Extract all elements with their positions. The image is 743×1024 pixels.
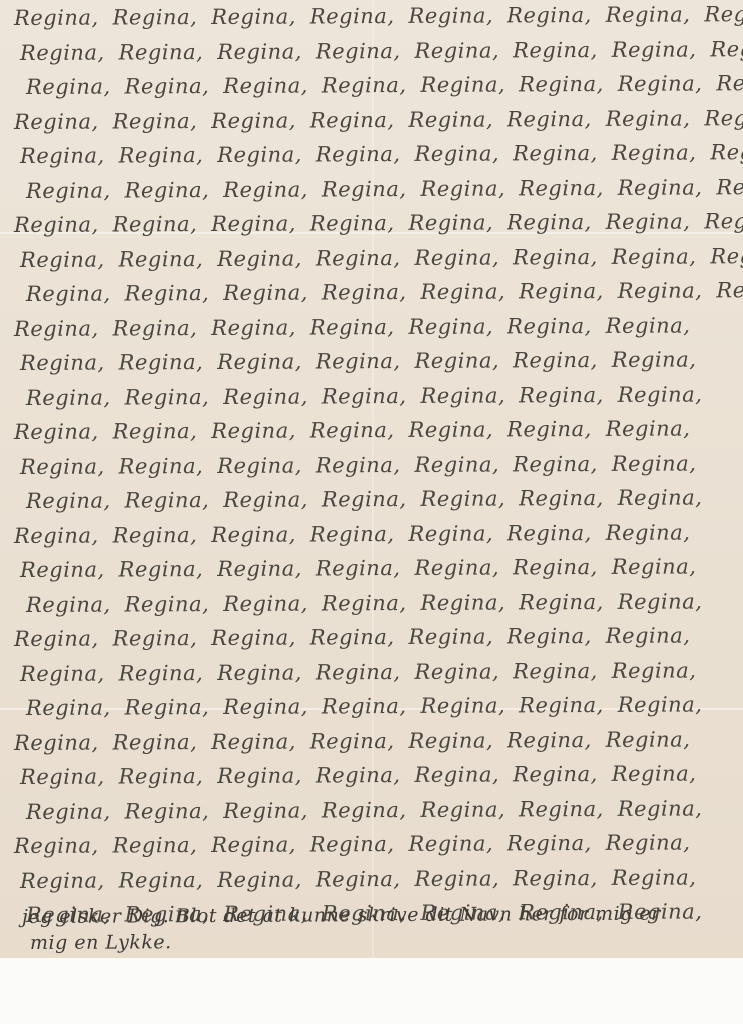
word: Regina, xyxy=(211,212,296,236)
word: Regina, xyxy=(217,350,302,374)
word: Regina, xyxy=(513,141,598,165)
word: Regina, xyxy=(119,247,204,271)
word: Regina, xyxy=(211,108,296,132)
word: Regina, xyxy=(322,694,407,718)
word: Regina, xyxy=(310,108,395,132)
word: Regina, xyxy=(414,38,499,62)
word: Regina, xyxy=(310,522,395,546)
word: Regina, xyxy=(710,36,743,60)
word: Regina, xyxy=(26,489,111,513)
word: Regina, xyxy=(420,590,505,614)
word: Regina, xyxy=(14,420,99,444)
word: Regina, xyxy=(316,246,401,270)
word: Regina, xyxy=(322,591,407,615)
word: Regina, xyxy=(414,555,499,579)
word: Regina, xyxy=(223,384,308,408)
word: Regina, xyxy=(710,243,743,267)
word: Regina, xyxy=(420,797,505,821)
word: Regina, xyxy=(113,419,198,443)
word: Regina, xyxy=(420,486,505,510)
word: Regina, xyxy=(211,419,296,443)
word: Regina, xyxy=(507,624,592,648)
word: Regina, xyxy=(113,833,198,857)
word: Regina, xyxy=(211,626,296,650)
word: Regina, xyxy=(119,454,204,478)
word: Regina, xyxy=(513,865,598,889)
word: Regina, xyxy=(408,728,493,752)
text-line: Regina,Regina,Regina,Regina,Regina,Regin… xyxy=(20,865,743,893)
word: Regina, xyxy=(26,75,111,99)
word: Regina, xyxy=(618,692,703,716)
word: Regina, xyxy=(507,106,592,130)
word: Regina, xyxy=(20,765,105,789)
text-line: Regina,Regina,Regina,Regina,Regina,Regin… xyxy=(20,37,743,65)
word: Regina, xyxy=(704,2,743,26)
word: Regina, xyxy=(316,556,401,580)
word: Regina, xyxy=(119,143,204,167)
text-line: Regina,Regina,Regina,Regina,Regina,Regin… xyxy=(20,658,743,686)
word: Regina, xyxy=(26,385,111,409)
word: Regina, xyxy=(716,174,743,198)
word: Regina, xyxy=(20,661,105,685)
word: Regina, xyxy=(14,316,99,340)
word: Regina, xyxy=(519,486,604,510)
word: Regina, xyxy=(519,693,604,717)
word: Regina, xyxy=(119,557,204,581)
word: Regina, xyxy=(612,244,697,268)
word: Regina, xyxy=(310,211,395,235)
word: Regina, xyxy=(119,40,204,64)
word: Regina, xyxy=(612,37,697,61)
word: Regina, xyxy=(408,314,493,338)
word: Regina, xyxy=(716,71,743,95)
word: Regina, xyxy=(125,592,210,616)
word: Regina, xyxy=(223,177,308,201)
word: Regina, xyxy=(223,591,308,615)
word: Regina, xyxy=(316,660,401,684)
word: Regina, xyxy=(125,385,210,409)
word: Regina, xyxy=(310,729,395,753)
text-line: Regina,Regina,Regina,Regina,Regina,Regin… xyxy=(26,485,743,513)
word: Regina, xyxy=(20,40,105,64)
text-line: Regina,Regina,Regina,Regina,Regina,Regin… xyxy=(14,623,743,651)
word: Regina, xyxy=(612,347,697,371)
word: Regina, xyxy=(507,727,592,751)
text-line: Regina,Regina,Regina,Regina,Regina,Regin… xyxy=(26,382,743,410)
word: Regina, xyxy=(316,142,401,166)
closing-line-2: mig en Lykke. xyxy=(30,928,743,954)
word: Regina, xyxy=(513,348,598,372)
word: Regina, xyxy=(14,109,99,133)
word: Regina, xyxy=(507,210,592,234)
word: Regina, xyxy=(119,350,204,374)
word: Regina, xyxy=(513,37,598,61)
word: Regina, xyxy=(414,348,499,372)
word: Regina, xyxy=(113,316,198,340)
word: Regina, xyxy=(704,209,743,233)
word: Regina, xyxy=(519,589,604,613)
word: Regina, xyxy=(14,730,99,754)
word: Regina, xyxy=(408,624,493,648)
word: Regina, xyxy=(310,4,395,28)
word: Regina, xyxy=(420,279,505,303)
word: Regina, xyxy=(211,5,296,29)
text-line: Regina,Regina,Regina,Regina,Regina,Regin… xyxy=(20,140,743,168)
word: Regina, xyxy=(618,278,703,302)
word: Regina, xyxy=(507,417,592,441)
word: Regina, xyxy=(125,488,210,512)
word: Regina, xyxy=(217,764,302,788)
word: Regina, xyxy=(606,623,691,647)
word: Regina, xyxy=(26,282,111,306)
word: Regina, xyxy=(507,831,592,855)
word: Regina, xyxy=(414,141,499,165)
word: Regina, xyxy=(612,554,697,578)
word: Regina, xyxy=(519,72,604,96)
word: Regina, xyxy=(310,832,395,856)
word: Regina, xyxy=(420,72,505,96)
word: Regina, xyxy=(710,140,743,164)
word: Regina, xyxy=(414,452,499,476)
text-line: Regina,Regina,Regina,Regina,Regina,Regin… xyxy=(26,175,743,203)
word: Regina, xyxy=(316,763,401,787)
word: Regina, xyxy=(519,796,604,820)
word: Regina, xyxy=(20,454,105,478)
word: Regina, xyxy=(211,522,296,546)
letter-page: Regina,Regina,Regina,Regina,Regina,Regin… xyxy=(0,0,743,958)
text-line: Regina,Regina,Regina,Regina,Regina,Regin… xyxy=(20,554,743,582)
word: Regina, xyxy=(618,382,703,406)
word: Regina, xyxy=(125,799,210,823)
word: Regina, xyxy=(310,418,395,442)
word: Regina, xyxy=(26,178,111,202)
word: Regina, xyxy=(414,245,499,269)
word: Regina, xyxy=(322,73,407,97)
word: Regina, xyxy=(113,109,198,133)
word: Regina, xyxy=(223,695,308,719)
word: Regina, xyxy=(125,281,210,305)
word: Regina, xyxy=(618,589,703,613)
word: Regina, xyxy=(113,730,198,754)
word: Regina, xyxy=(519,382,604,406)
word: Regina, xyxy=(223,488,308,512)
word: Regina, xyxy=(20,247,105,271)
word: Regina, xyxy=(26,696,111,720)
word: Regina, xyxy=(119,868,204,892)
word: Regina, xyxy=(606,520,691,544)
word: Regina, xyxy=(211,729,296,753)
text-line: Regina,Regina,Regina,Regina,Regina,Regin… xyxy=(20,451,743,479)
word: Regina, xyxy=(618,175,703,199)
word: Regina, xyxy=(113,5,198,29)
text-line: Regina,Regina,Regina,Regina,Regina,Regin… xyxy=(14,830,743,858)
word: Regina, xyxy=(211,833,296,857)
word: Regina, xyxy=(14,627,99,651)
word: Regina, xyxy=(217,660,302,684)
word: Regina, xyxy=(316,867,401,891)
word: Regina, xyxy=(704,105,743,129)
word: Regina, xyxy=(408,210,493,234)
word: Regina, xyxy=(316,39,401,63)
word: Regina, xyxy=(20,868,105,892)
word: Regina, xyxy=(408,521,493,545)
word: Regina, xyxy=(310,625,395,649)
word: Regina, xyxy=(507,520,592,544)
text-line: Regina,Regina,Regina,Regina,Regina,Regin… xyxy=(20,761,743,789)
word: Regina, xyxy=(513,244,598,268)
word: Regina, xyxy=(125,695,210,719)
word: Regina, xyxy=(612,140,697,164)
word: Regina, xyxy=(513,658,598,682)
word: Regina, xyxy=(414,866,499,890)
word: Regina, xyxy=(20,144,105,168)
word: Regina, xyxy=(606,2,691,26)
word: Regina, xyxy=(316,349,401,373)
word: Regina, xyxy=(322,177,407,201)
word: Regina, xyxy=(606,209,691,233)
word: Regina, xyxy=(113,523,198,547)
word: Regina, xyxy=(716,278,743,302)
word: Regina, xyxy=(513,762,598,786)
text-line: Regina,Regina,Regina,Regina,Regina,Regin… xyxy=(14,2,743,30)
word: Regina, xyxy=(223,74,308,98)
text-line: Regina,Regina,Regina,Regina,Regina,Regin… xyxy=(20,244,743,272)
word: Regina, xyxy=(119,661,204,685)
word: Regina, xyxy=(310,315,395,339)
word: Regina, xyxy=(20,558,105,582)
word: Regina, xyxy=(513,555,598,579)
word: Regina, xyxy=(606,727,691,751)
word: Regina, xyxy=(612,451,697,475)
word: Regina, xyxy=(612,865,697,889)
word: Regina, xyxy=(223,798,308,822)
word: Regina, xyxy=(414,762,499,786)
word: Regina, xyxy=(14,834,99,858)
word: Regina, xyxy=(217,557,302,581)
word: Regina, xyxy=(125,74,210,98)
word: Regina, xyxy=(322,384,407,408)
word: Regina, xyxy=(606,416,691,440)
word: Regina, xyxy=(513,451,598,475)
word: Regina, xyxy=(113,212,198,236)
word: Regina, xyxy=(14,6,99,30)
word: Regina, xyxy=(119,764,204,788)
word: Regina, xyxy=(14,213,99,237)
word: Regina, xyxy=(420,383,505,407)
word: Regina, xyxy=(26,799,111,823)
word: Regina, xyxy=(316,453,401,477)
text-line: Regina,Regina,Regina,Regina,Regina,Regin… xyxy=(26,692,743,720)
text-line: Regina,Regina,Regina,Regina,Regina,Regin… xyxy=(14,106,743,134)
word: Regina, xyxy=(26,592,111,616)
word: Regina, xyxy=(606,106,691,130)
word: Regina, xyxy=(408,3,493,27)
word: Regina, xyxy=(420,176,505,200)
word: Regina, xyxy=(20,351,105,375)
word: Regina, xyxy=(217,246,302,270)
word: Regina, xyxy=(618,485,703,509)
word: Regina, xyxy=(217,143,302,167)
word: Regina, xyxy=(408,107,493,131)
text-line: Regina,Regina,Regina,Regina,Regina,Regin… xyxy=(14,416,743,444)
word: Regina, xyxy=(408,417,493,441)
word: Regina, xyxy=(519,279,604,303)
word: Regina, xyxy=(322,798,407,822)
text-line: Regina,Regina,Regina,Regina,Regina,Regin… xyxy=(26,71,743,99)
word: Regina, xyxy=(217,39,302,63)
word: Regina, xyxy=(14,523,99,547)
word: Regina, xyxy=(507,3,592,27)
word: Regina, xyxy=(217,453,302,477)
word: Regina, xyxy=(606,830,691,854)
word: Regina, xyxy=(618,796,703,820)
word: Regina, xyxy=(211,315,296,339)
scan-margin xyxy=(0,958,743,1024)
word: Regina, xyxy=(606,313,691,337)
text-line: Regina,Regina,Regina,Regina,Regina,Regin… xyxy=(14,727,743,755)
text-line: Regina,Regina,Regina,Regina,Regina,Regin… xyxy=(20,347,743,375)
word: Regina, xyxy=(612,761,697,785)
word: Regina, xyxy=(507,313,592,337)
word: Regina, xyxy=(408,831,493,855)
text-line: Regina,Regina,Regina,Regina,Regina,Regin… xyxy=(14,520,743,548)
text-line: Regina,Regina,Regina,Regina,Regina,Regin… xyxy=(14,313,743,341)
closing-line-1: jeg elsker Dig. Blot det at kunne skrive… xyxy=(22,902,743,928)
word: Regina, xyxy=(113,626,198,650)
word: Regina, xyxy=(618,71,703,95)
word: Regina, xyxy=(217,867,302,891)
word: Regina, xyxy=(414,659,499,683)
text-line: Regina,Regina,Regina,Regina,Regina,Regin… xyxy=(26,796,743,824)
word: Regina, xyxy=(420,693,505,717)
text-line: Regina,Regina,Regina,Regina,Regina,Regin… xyxy=(26,278,743,306)
word: Regina, xyxy=(612,658,697,682)
word: Regina, xyxy=(322,487,407,511)
word: Regina, xyxy=(223,281,308,305)
text-line: Regina,Regina,Regina,Regina,Regina,Regin… xyxy=(26,589,743,617)
word: Regina, xyxy=(322,280,407,304)
word: Regina, xyxy=(519,175,604,199)
text-line: Regina,Regina,Regina,Regina,Regina,Regin… xyxy=(14,209,743,237)
word: Regina, xyxy=(125,178,210,202)
